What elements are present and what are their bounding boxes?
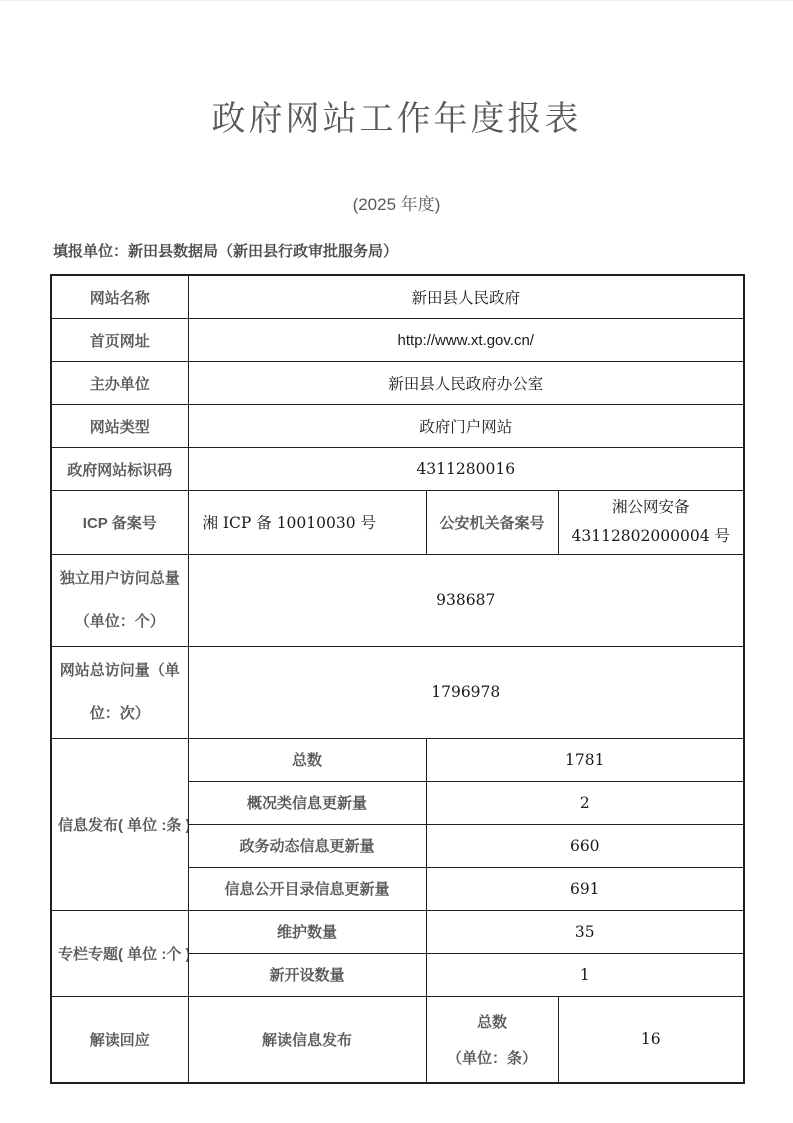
icp-value: 湘 ICP 备 10010030 号 [188, 491, 426, 555]
row-label-total-visits: 网站总访问量（单位：次） [51, 646, 188, 738]
row-value-site-type: 政府门户网站 [188, 405, 744, 448]
group-label-special-columns: 专栏专题( 单位 :个 ) [51, 910, 188, 996]
filler-unit-line: 填报单位：新田县数据局（新田县行政审批服务局） [53, 240, 793, 261]
group-label-info-publish: 信息发布( 单位 :条 ) [51, 738, 188, 910]
row-value-homepage-url: http://www.xt.gov.cn/ [188, 319, 744, 362]
row-label-unique-visitors: 独立用户访问总量（单位：个） [51, 554, 188, 646]
row-label-homepage-url: 首页网址 [51, 319, 188, 362]
table-row: 专栏专题( 单位 :个 ) 维护数量 35 [51, 910, 744, 953]
column-row-label-new-opened: 新开设数量 [188, 953, 426, 996]
info-row-label-gov-news: 政务动态信息更新量 [188, 824, 426, 867]
column-row-value-new-opened: 1 [426, 953, 744, 996]
table-row: 独立用户访问总量（单位：个） 938687 [51, 554, 744, 646]
row-value-site-name: 新田县人民政府 [188, 275, 744, 319]
info-row-value-gov-news: 660 [426, 824, 744, 867]
security-filing-label: 公安机关备案号 [426, 491, 558, 555]
table-row: 网站名称 新田县人民政府 [51, 275, 744, 319]
response-metric-line2: （单位：条） [433, 1047, 552, 1068]
page-title: 政府网站工作年度报表 [0, 91, 793, 140]
row-label-site-id-code: 政府网站标识码 [51, 448, 188, 491]
security-filing-value: 湘公网安备 43112802000004 号 [558, 491, 744, 555]
table-row-icp: ICP 备案号 湘 ICP 备 10010030 号 公安机关备案号 湘公网安备… [51, 491, 744, 555]
report-year-subtitle: (2025 年度) [0, 190, 793, 215]
row-value-site-id-code: 4311280016 [188, 448, 744, 491]
response-group-label: 解读回应 [51, 996, 188, 1083]
row-label-site-type: 网站类型 [51, 405, 188, 448]
info-row-label-total: 总数 [188, 738, 426, 781]
row-value-unique-visitors: 938687 [188, 554, 744, 646]
response-metric-line1: 总数 [433, 1011, 552, 1032]
report-page: 政府网站工作年度报表 (2025 年度) 填报单位：新田县数据局（新田县行政审批… [0, 0, 793, 1123]
response-sub-label: 解读信息发布 [188, 996, 426, 1083]
info-row-label-overview: 概况类信息更新量 [188, 781, 426, 824]
info-row-value-open-catalog: 691 [426, 867, 744, 910]
table-row: 信息发布( 单位 :条 ) 总数 1781 [51, 738, 744, 781]
response-metric-label: 总数 （单位：条） [426, 996, 558, 1083]
info-row-value-total: 1781 [426, 738, 744, 781]
table-row: 网站总访问量（单位：次） 1796978 [51, 646, 744, 738]
info-row-label-open-catalog: 信息公开目录信息更新量 [188, 867, 426, 910]
table-row: 网站类型 政府门户网站 [51, 405, 744, 448]
icp-label: ICP 备案号 [51, 491, 188, 555]
row-label-site-name: 网站名称 [51, 275, 188, 319]
column-row-label-maintained: 维护数量 [188, 910, 426, 953]
table-row: 政府网站标识码 4311280016 [51, 448, 744, 491]
row-value-sponsor-unit: 新田县人民政府办公室 [188, 362, 744, 405]
info-row-value-overview: 2 [426, 781, 744, 824]
annual-report-table: 网站名称 新田县人民政府 首页网址 http://www.xt.gov.cn/ … [50, 274, 745, 1084]
row-value-total-visits: 1796978 [188, 646, 744, 738]
row-label-sponsor-unit: 主办单位 [51, 362, 188, 405]
column-row-value-maintained: 35 [426, 910, 744, 953]
table-row: 主办单位 新田县人民政府办公室 [51, 362, 744, 405]
table-row-response: 解读回应 解读信息发布 总数 （单位：条） 16 [51, 996, 744, 1083]
table-row: 首页网址 http://www.xt.gov.cn/ [51, 319, 744, 362]
response-value: 16 [558, 996, 744, 1083]
